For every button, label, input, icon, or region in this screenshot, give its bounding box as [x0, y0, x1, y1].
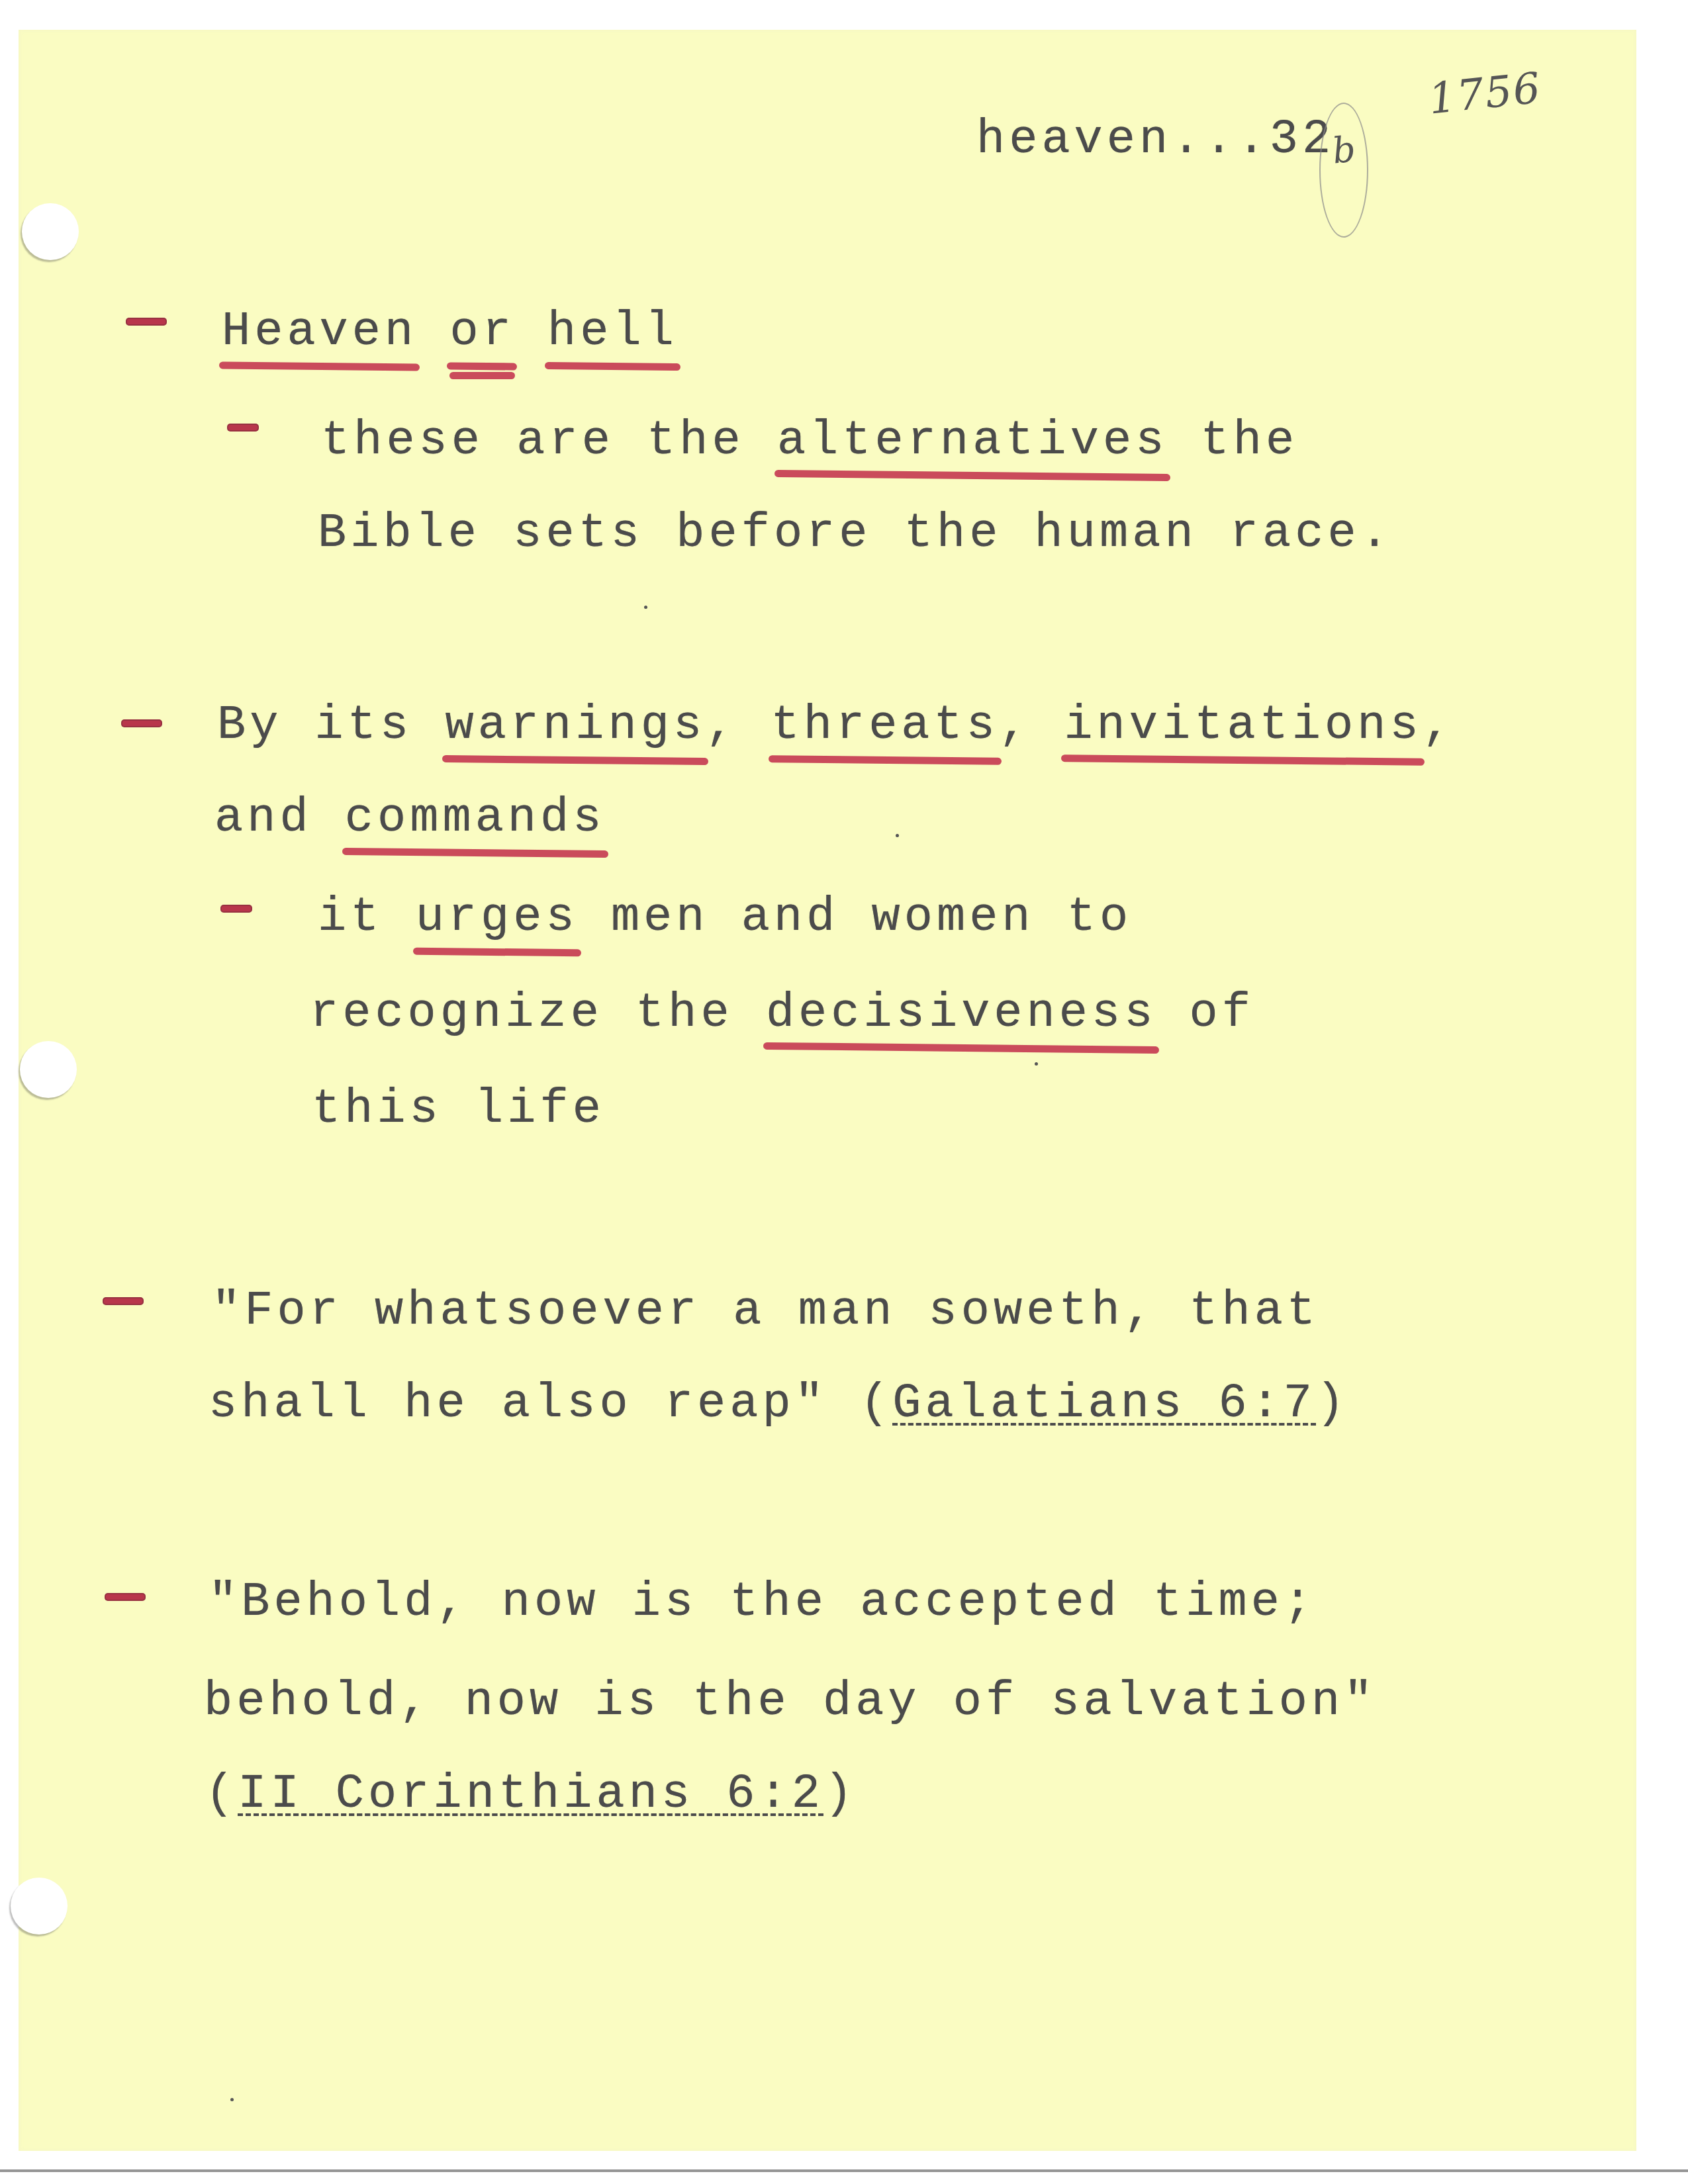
- highlight-alternatives: alternatives: [777, 417, 1168, 465]
- text: and: [214, 791, 345, 845]
- sub-line: recognize the decisiveness of: [310, 989, 1254, 1037]
- sub-line: Bible sets before the human race.: [318, 510, 1393, 557]
- text: the: [1168, 414, 1298, 468]
- text: of: [1156, 986, 1254, 1040]
- highlight-threats: threats: [771, 702, 999, 749]
- scripture-reference-corinthians: II Corinthians 6:2: [238, 1767, 824, 1821]
- text: shall he also reap" (: [209, 1377, 892, 1431]
- quote-line: "Behold, now is the accepted time;: [209, 1578, 1316, 1626]
- main-line: and commands: [214, 794, 605, 842]
- highlight-urges: urges: [416, 893, 579, 941]
- quote-line: shall he also reap" (Galatians 6:7): [209, 1380, 1348, 1428]
- highlight-hell: hell: [547, 308, 678, 355]
- paper-speck: [230, 2098, 234, 2101]
- highlight-commands: commands: [345, 794, 606, 842]
- sub-line: it urges men and women to: [318, 893, 1132, 941]
- text: By its: [217, 698, 445, 752]
- highlight-heaven: Heaven: [222, 308, 417, 355]
- handwritten-number: 1756: [1427, 64, 1544, 124]
- binder-hole-bottom: [11, 1878, 68, 1934]
- bullet-dash-icon: [103, 1297, 144, 1305]
- bullet-dash-icon: [220, 905, 252, 913]
- bullet-dash-icon: [121, 719, 162, 727]
- main-line: By its warnings, threats, invitations,: [217, 702, 1455, 749]
- quote-line: "For whatsoever a man soweth, that: [212, 1287, 1319, 1335]
- text: recognize the: [310, 986, 766, 1040]
- bullet-dash-icon: [227, 424, 259, 432]
- binder-hole-middle: [20, 1041, 77, 1098]
- text: ,: [1423, 698, 1455, 752]
- scripture-reference-galatians: Galatians 6:7: [892, 1377, 1316, 1431]
- typewritten-page: heaven...32 b 1756 Heaven or hell these …: [19, 30, 1636, 2151]
- handwritten-suffix: b: [1331, 128, 1359, 171]
- paper-speck: [644, 606, 647, 609]
- text: it: [318, 890, 416, 944]
- text: ): [824, 1767, 857, 1821]
- bullet-dash-icon: [105, 1593, 146, 1601]
- scanner-edge-line: [0, 2169, 1688, 2172]
- text: ,: [999, 698, 1064, 752]
- page-label: heaven...32: [976, 116, 1335, 163]
- text: ): [1316, 1377, 1348, 1431]
- sub-line: this life: [312, 1085, 605, 1133]
- text: these are the: [321, 414, 777, 468]
- quote-line: (II Corinthians 6:2): [205, 1770, 857, 1818]
- sub-line: these are the alternatives the: [321, 417, 1298, 465]
- text: men and women to: [579, 890, 1133, 944]
- binder-hole-top: [22, 203, 79, 260]
- paper-speck: [896, 834, 899, 837]
- paper-speck: [1035, 1062, 1038, 1066]
- text: (: [205, 1767, 238, 1821]
- quote-line: behold, now is the day of salvation": [204, 1678, 1376, 1725]
- highlight-warnings: warnings: [445, 702, 706, 749]
- text: ,: [706, 698, 771, 752]
- highlight-decisiveness: decisiveness: [766, 989, 1156, 1037]
- highlight-or: or: [449, 308, 514, 355]
- heading-heaven-or-hell: Heaven or hell: [222, 308, 678, 355]
- highlight-invitations: invitations: [1064, 702, 1422, 749]
- bullet-dash-icon: [126, 318, 167, 326]
